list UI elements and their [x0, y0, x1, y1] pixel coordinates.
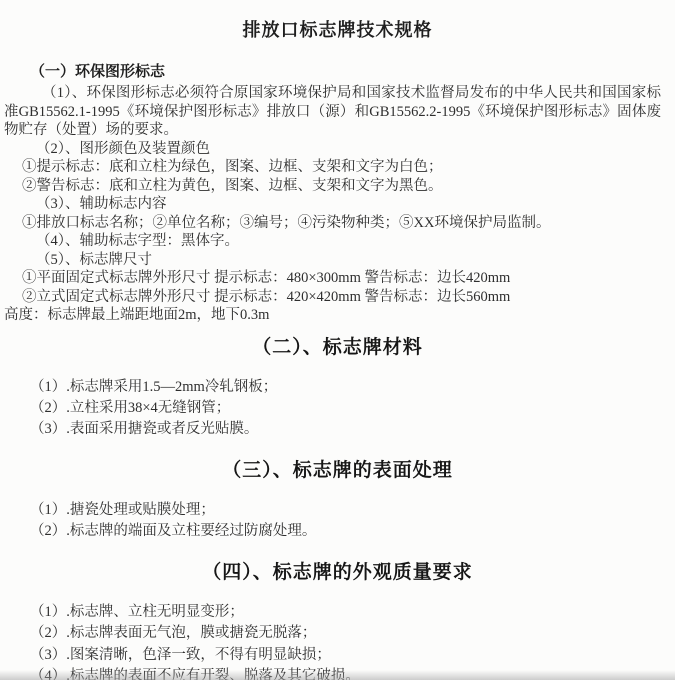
doc-line: ①提示标志：底和立柱为绿色，图案、边框、支架和文字为白色； — [22, 158, 675, 177]
doc-line: （3）.表面采用搪瓷或者反光贴膜。 — [30, 419, 675, 440]
doc-line: 高度：标志牌最上端距地面2m，地下0.3m — [4, 306, 675, 325]
section-surface-treatment: （三）、标志牌的表面处理 （1）.搪瓷处理或贴膜处理； （2）.标志牌的端面及立… — [0, 458, 675, 542]
doc-line: （4）、辅助标志字型：黑体字。 — [36, 232, 675, 251]
doc-line: （3）.图案清晰，色泽一致，不得有明显缺损； — [30, 645, 675, 667]
section-1-paragraph: （1）、环保图形标志必须符合原国家环境保护局和国家技术监督局发布的中华人民共和国… — [4, 84, 661, 140]
doc-line: ②警告标志：底和立柱为黄色，图案、边框、支架和文字为黑色。 — [22, 177, 675, 196]
doc-line: （1）.标志牌、立柱无明显变形； — [30, 602, 675, 624]
section-3-heading: （三）、标志牌的表面处理 — [0, 458, 675, 484]
doc-line: （1）.搪瓷处理或贴膜处理； — [30, 500, 675, 521]
doc-line: ②立式固定式标志牌外形尺寸 提示标志：420×420mm 警告标志：边长560m… — [22, 288, 675, 307]
section-4-heading: （四）、标志牌的外观质量要求 — [0, 560, 675, 586]
doc-line: （2）.标志牌的端面及立柱要经过防腐处理。 — [30, 521, 675, 542]
doc-line: （2）、图形颜色及装置颜色 — [36, 140, 675, 159]
doc-line: （5）、标志牌尺寸 — [36, 251, 675, 270]
section-1-heading: （一）环保图形标志 — [30, 62, 675, 82]
section-appearance-quality: （四）、标志牌的外观质量要求 （1）.标志牌、立柱无明显变形； （2）.标志牌表… — [0, 560, 675, 680]
doc-line: ①排放口标志名称；②单位名称；③编号；④污染物种类；⑤XX环境保护局监制。 — [22, 214, 675, 233]
doc-line: ①平面固定式标志牌外形尺寸 提示标志：480×300mm 警告标志：边长420m… — [22, 269, 675, 288]
doc-line: （2）.标志牌表面无气泡，膜或搪瓷无脱落； — [30, 623, 675, 645]
scan-edge-shadow — [0, 670, 675, 680]
section-sign-material: （二）、标志牌材料 （1）.标志牌采用1.5—2mm冷轧钢板； （2）.立柱采用… — [0, 335, 675, 440]
document-title: 排放口标志牌技术规格 — [0, 0, 675, 42]
doc-line: （3）、辅助标志内容 — [36, 195, 675, 214]
doc-line: （2）.立柱采用38×4无缝钢管； — [30, 398, 675, 419]
section-2-heading: （二）、标志牌材料 — [0, 335, 675, 361]
doc-line: （1）.标志牌采用1.5—2mm冷轧钢板； — [30, 377, 675, 398]
section-environment-graphic-signs: （一）环保图形标志 （1）、环保图形标志必须符合原国家环境保护局和国家技术监督局… — [0, 62, 675, 325]
document-page: 排放口标志牌技术规格 （一）环保图形标志 （1）、环保图形标志必须符合原国家环境… — [0, 0, 675, 680]
